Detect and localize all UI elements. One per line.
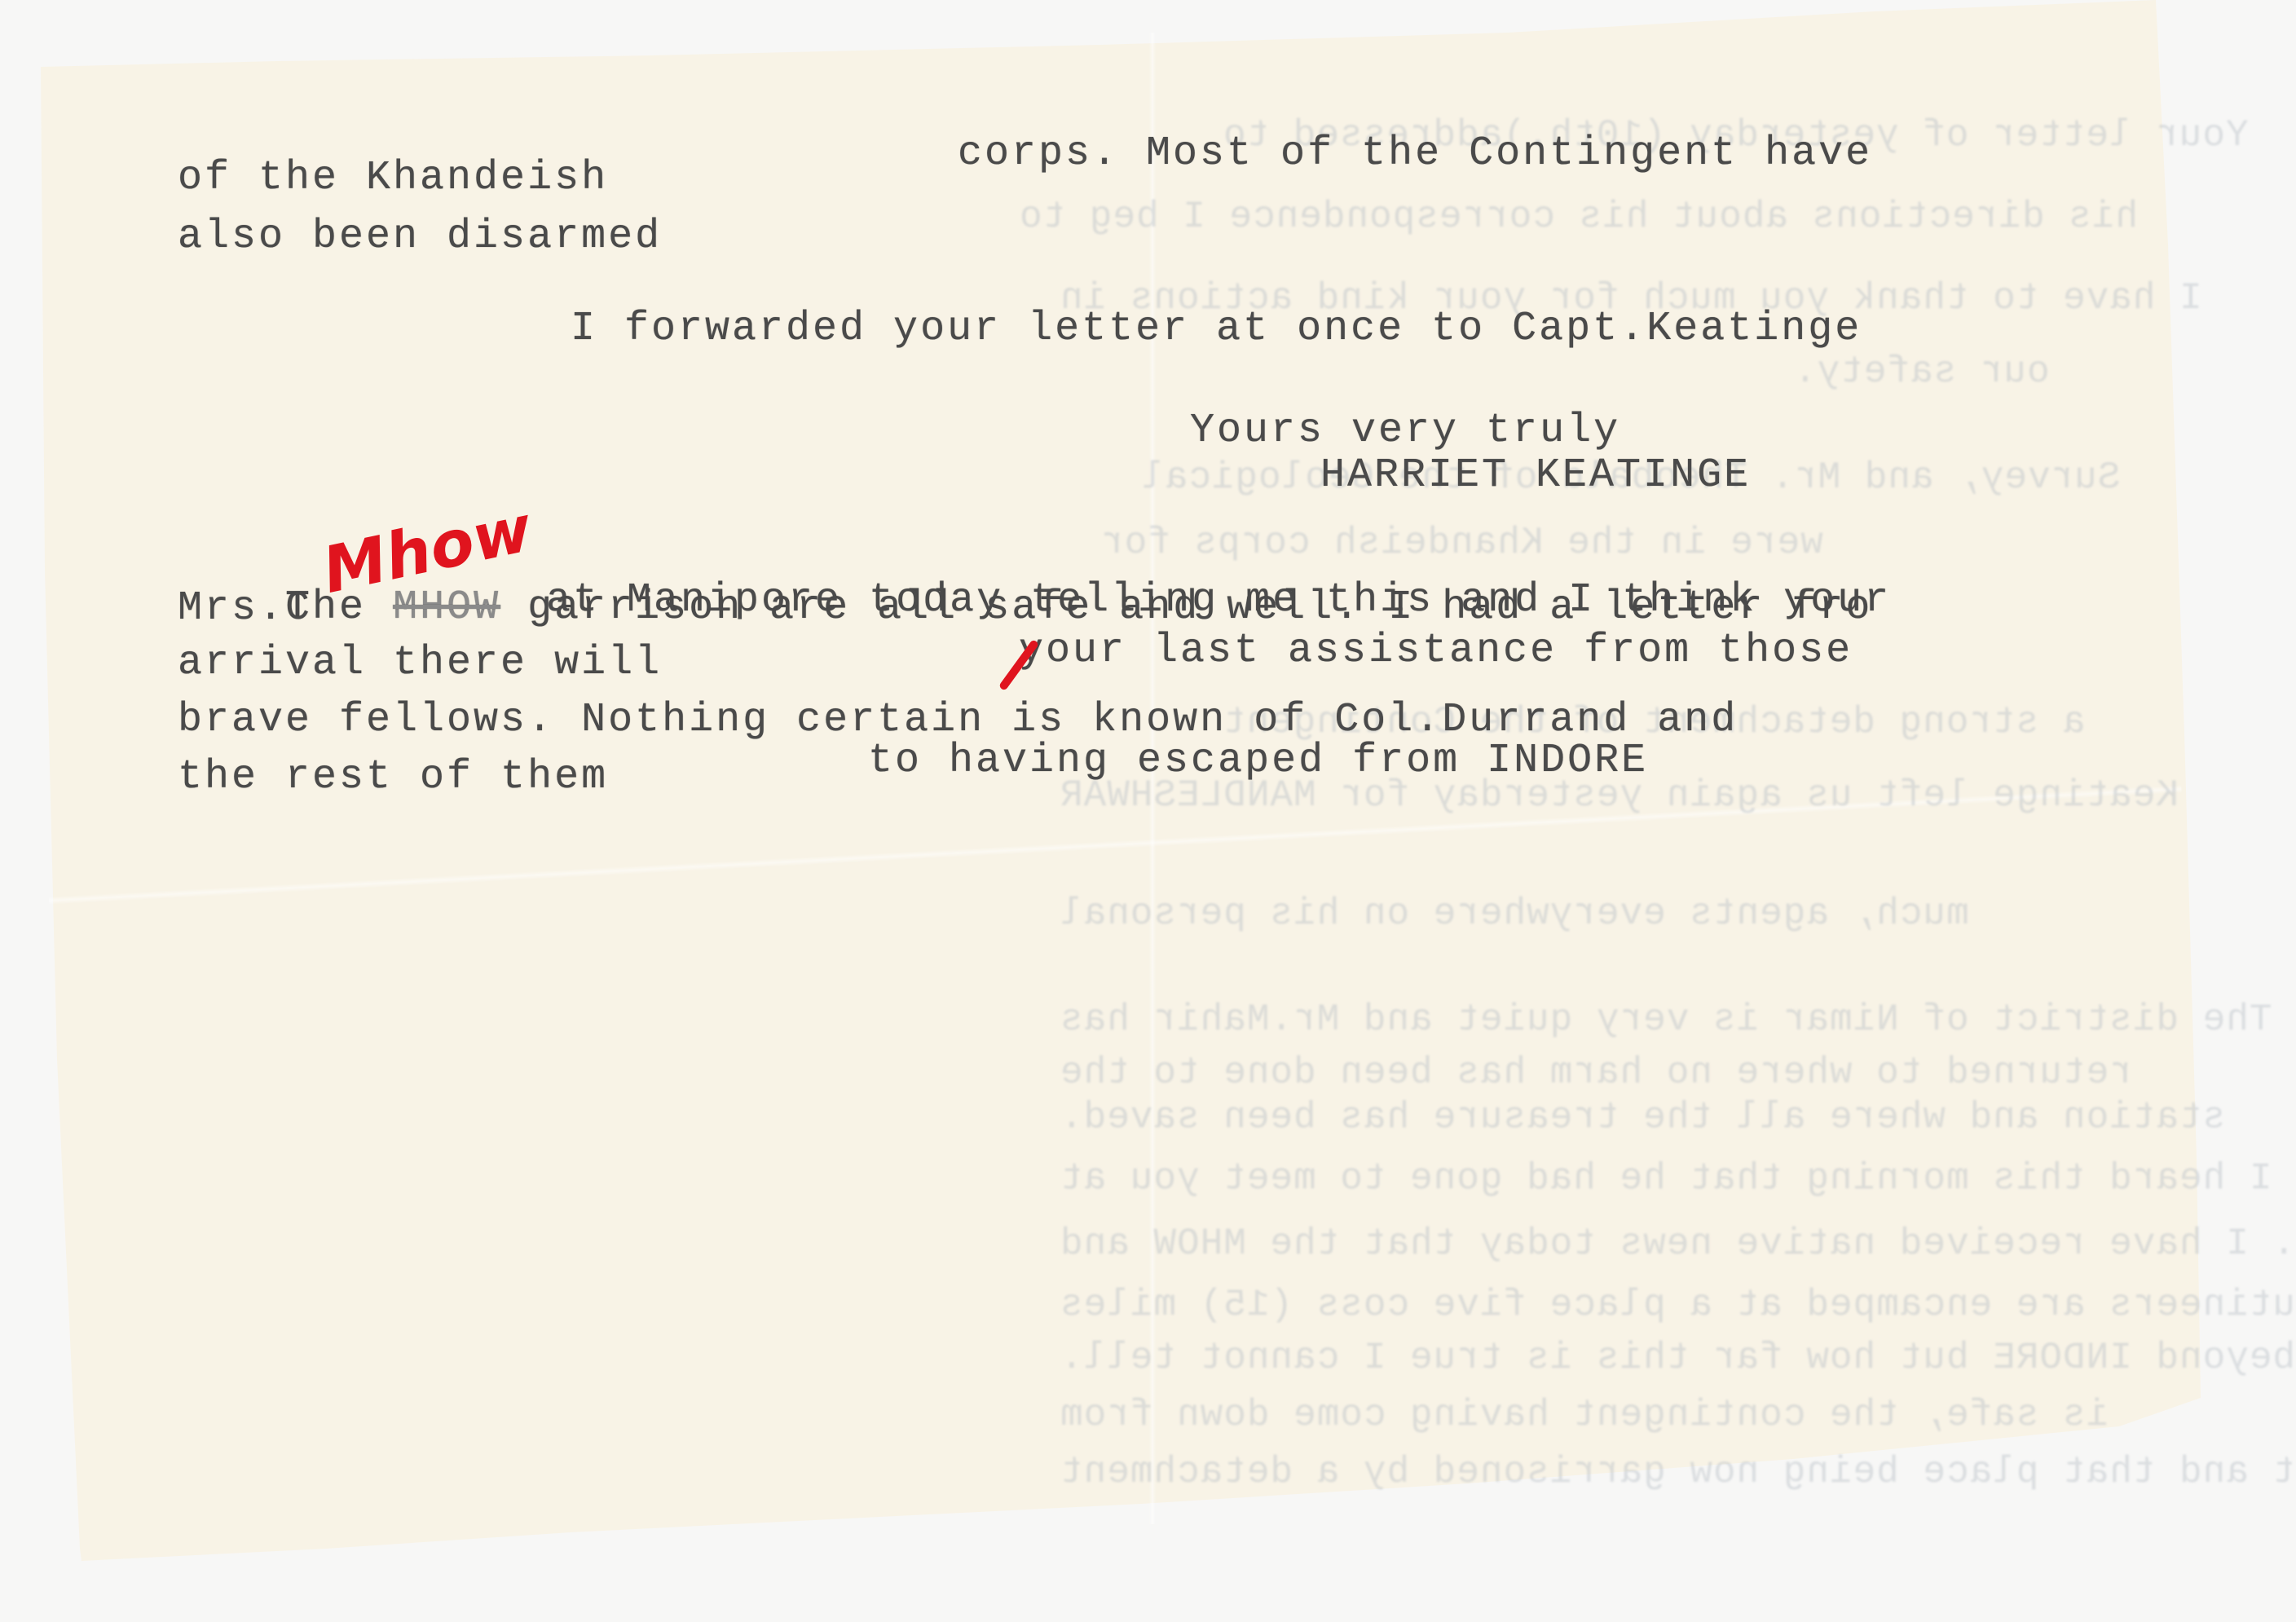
text-line: to having escaped from INDORE [868, 738, 1648, 784]
ghost-line: the fort and that place being now garris… [1060, 1451, 2296, 1493]
closing-salutation: Yours very truly [1190, 408, 1620, 454]
ghost-line: river. I have received native news today… [1060, 1223, 2296, 1265]
text-line: brave fellows. Nothing certain is known … [178, 697, 1738, 743]
text-line: I forwarded your letter at once to Capt.… [571, 306, 1862, 352]
signature: HARRIET KEATINGE [1320, 452, 1751, 499]
ghost-line: much, agents everywhere on his personal [1060, 893, 1969, 935]
text-line: arrival there will [178, 640, 662, 686]
text-line: also been disarmed [178, 214, 662, 260]
ghost-line: station and where all the treasure has b… [1060, 1096, 2225, 1139]
text-line: your last assistance from those [1019, 628, 1853, 674]
text-line: corps. Most of the Contingent have [958, 130, 1872, 177]
ghost-line: I heard this morning that he had gone to… [1060, 1157, 2272, 1200]
ghost-line: beyond INDORE but how far this is true I… [1060, 1337, 2295, 1379]
ghost-line: his directions about his correspondence … [1019, 196, 2138, 238]
text-line: of the Khandeish [178, 155, 608, 201]
ghost-line: Indian mutineers are encamped at a place… [1060, 1284, 2296, 1326]
ghost-line: is safe, the contingent having come down… [1060, 1394, 2109, 1436]
text-line: the rest of them [178, 754, 608, 800]
ghost-line: The district of Nimar is very quiet and … [1060, 998, 2272, 1041]
ghost-line: our safety. [1793, 350, 2050, 393]
ghost-line: returned to where no harm has been done … [1060, 1051, 2132, 1094]
text-line: Mrs.C [178, 585, 312, 632]
text-line: at Manipore today telling me this and I … [546, 577, 1891, 624]
